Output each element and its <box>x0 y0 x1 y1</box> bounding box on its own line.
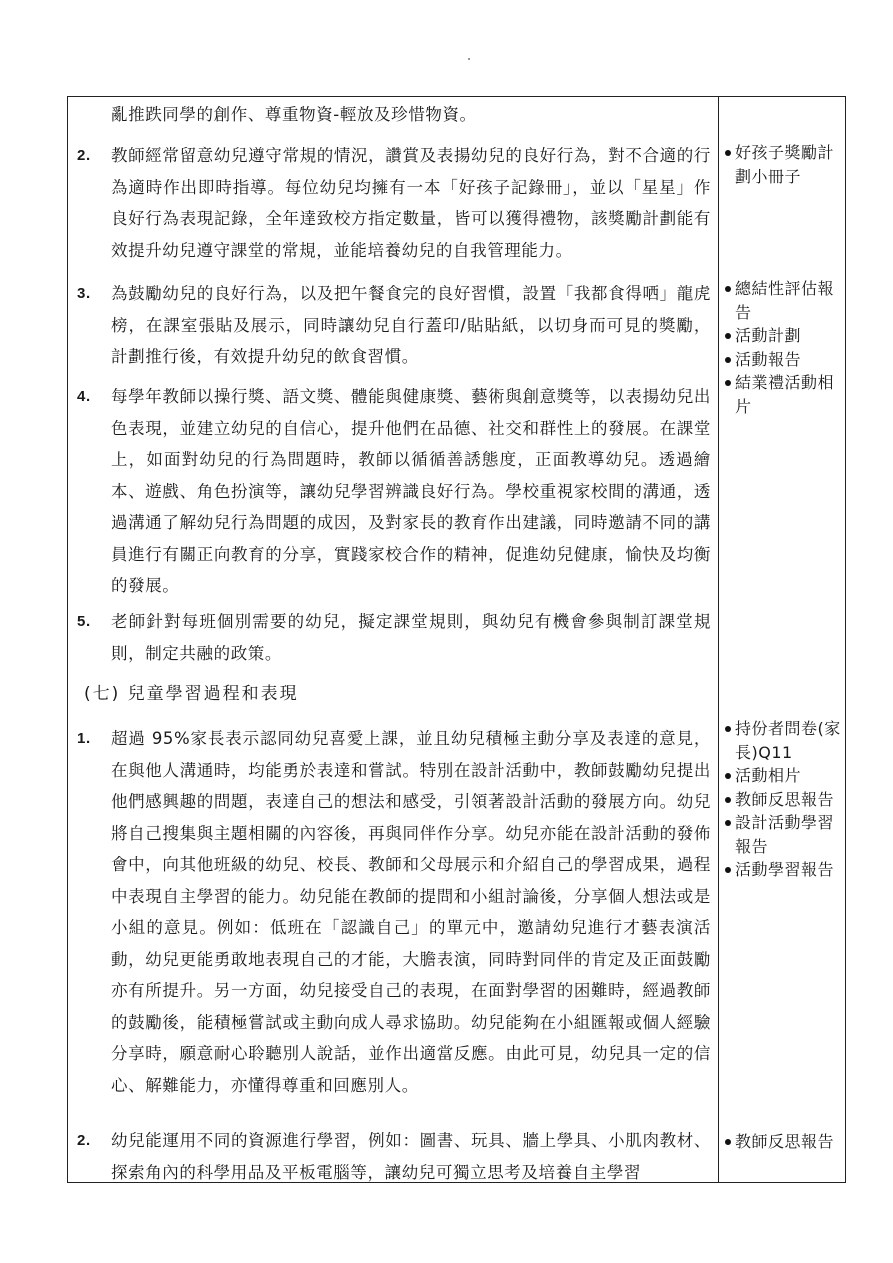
item-text: 幼兒能運用不同的資源進行學習，例如：圖書、玩具、牆上學具、小肌肉教材、探索角內的… <box>111 1125 711 1188</box>
evidence-item: 活動相片 <box>720 764 845 788</box>
section-heading: (七) 兒童學習過程和表現 <box>84 679 299 704</box>
item-text: 老師針對每班個別需要的幼兒，擬定課堂規則，與幼兒有機會參與制訂課堂規則，制定共融… <box>111 606 711 669</box>
bullet-icon <box>725 286 731 292</box>
evidence-item: 活動報告 <box>720 348 845 372</box>
item-number: 3. <box>77 278 91 310</box>
item-number: 2. <box>77 1125 91 1157</box>
item-text: 每學年教師以操行獎、語文獎、體能與健康獎、藝術與創意獎等，以表揚幼兒出色表現，並… <box>111 381 711 602</box>
evidence-group-2: 總結性評估報告 活動計劃 活動報告 結業禮活動相片 <box>720 277 845 418</box>
bullet-icon <box>725 820 731 826</box>
scan-mark <box>468 58 470 60</box>
item-number: 5. <box>77 606 91 638</box>
evidence-item: 活動計劃 <box>720 324 845 348</box>
item-text: 教師經常留意幼兒遵守常規的情況，讚賞及表揚幼兒的良好行為，對不合適的行為適時作出… <box>111 140 711 266</box>
evidence-group-3: 持份者問卷(家長)Q11 活動相片 教師反思報告 設計活動學習報告 活動學習報告 <box>720 717 845 882</box>
evidence-item: 持份者問卷(家長)Q11 <box>720 717 845 764</box>
evidence-item: 活動學習報告 <box>720 858 845 882</box>
evidence-item: 好孩子獎勵計劃小冊子 <box>720 141 845 188</box>
item-number: 4. <box>77 381 91 413</box>
bullet-icon <box>725 726 731 732</box>
evidence-item: 結業禮活動相片 <box>720 371 845 418</box>
paragraph-text: 亂推跌同學的創作、尊重物資-輕放及珍惜物資。 <box>111 99 711 131</box>
bullet-icon <box>725 797 731 803</box>
bullet-icon <box>725 773 731 779</box>
evidence-item: 教師反思報告 <box>720 1130 845 1154</box>
evidence-group-4: 教師反思報告 <box>720 1130 845 1154</box>
bullet-icon <box>725 867 731 873</box>
bullet-icon <box>725 1139 731 1145</box>
item-number: 1. <box>77 723 91 755</box>
column-divider <box>718 97 719 1182</box>
evidence-item: 設計活動學習報告 <box>720 811 845 858</box>
item-text: 為鼓勵幼兒的良好行為，以及把午餐食完的良好習慣，設置「我都食得哂」龍虎榜，在課室… <box>111 278 711 373</box>
bullet-icon <box>725 380 731 386</box>
bullet-icon <box>725 333 731 339</box>
evaluation-table: 亂推跌同學的創作、尊重物資-輕放及珍惜物資。 2. 教師經常留意幼兒遵守常規的情… <box>67 96 846 1183</box>
evidence-group-1: 好孩子獎勵計劃小冊子 <box>720 141 845 188</box>
bullet-icon <box>725 357 731 363</box>
item-number: 2. <box>77 140 91 172</box>
evidence-item: 教師反思報告 <box>720 788 845 812</box>
item-text: 超過 95%家長表示認同幼兒喜愛上課，並且幼兒積極主動分享及表達的意見，在與他人… <box>111 723 711 1101</box>
evidence-item: 總結性評估報告 <box>720 277 845 324</box>
bullet-icon <box>725 150 731 156</box>
